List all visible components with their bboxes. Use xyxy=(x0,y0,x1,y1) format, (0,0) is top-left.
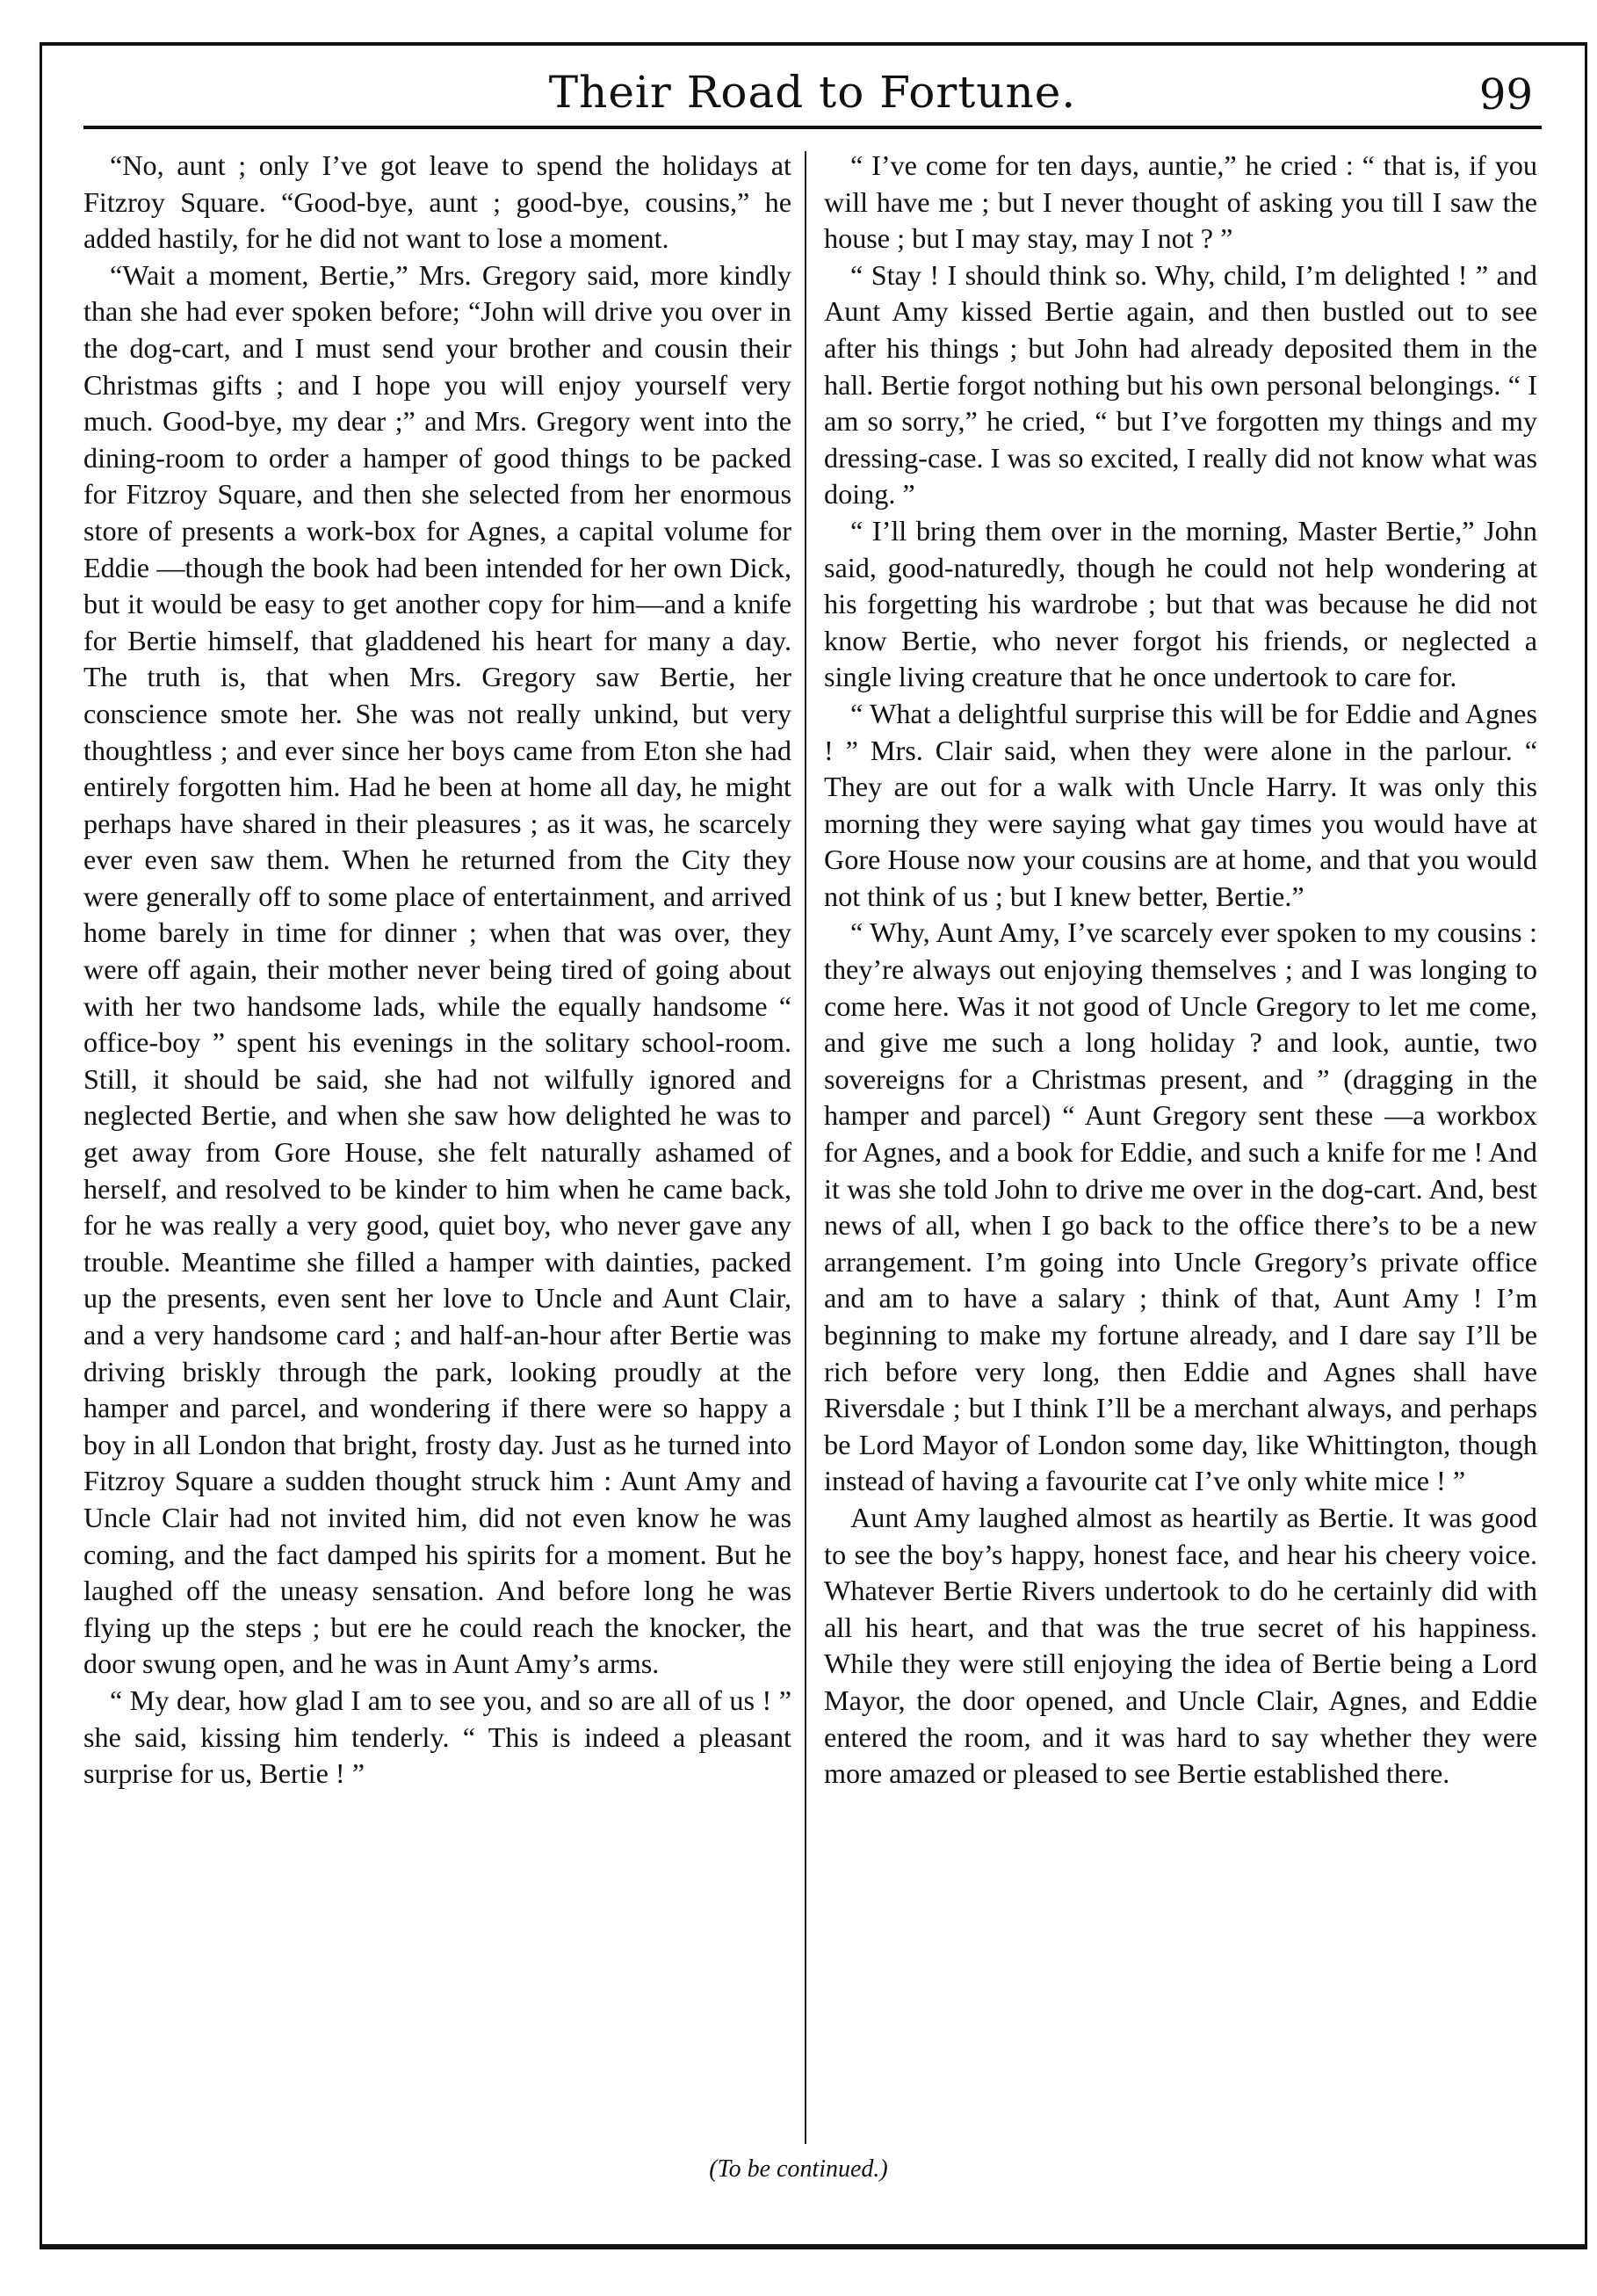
column-divider xyxy=(805,151,806,2144)
paragraph: “ What a delightful surprise this will b… xyxy=(824,696,1537,916)
paragraph: Aunt Amy laughed almost as heartily as B… xyxy=(824,1500,1537,1793)
header-rule xyxy=(83,126,1542,129)
to-be-continued-note: (To be continued.) xyxy=(0,2155,1597,2184)
page-number: 99 xyxy=(1479,70,1533,120)
page-header: Their Road to Fortune. 99 xyxy=(83,51,1542,130)
right-column: “ I’ve come for ten days, auntie,” he cr… xyxy=(824,148,1537,1793)
left-column: “No, aunt ; only I’ve got leave to spend… xyxy=(83,148,791,1793)
paragraph: “ I’ve come for ten days, auntie,” he cr… xyxy=(824,148,1537,257)
running-title: Their Road to Fortune. xyxy=(83,67,1542,118)
paragraph: “ Why, Aunt Amy, I’ve scarcely ever spok… xyxy=(824,915,1537,1500)
paragraph: “No, aunt ; only I’ve got leave to spend… xyxy=(83,148,791,257)
paragraph: “ My dear, how glad I am to see you, and… xyxy=(83,1683,791,1793)
paragraph: “ Stay ! I should think so. Why, child, … xyxy=(824,257,1537,513)
paragraph: “ I’ll bring them over in the morning, M… xyxy=(824,513,1537,696)
paragraph: “Wait a moment, Bertie,” Mrs. Gregory sa… xyxy=(83,257,791,1683)
